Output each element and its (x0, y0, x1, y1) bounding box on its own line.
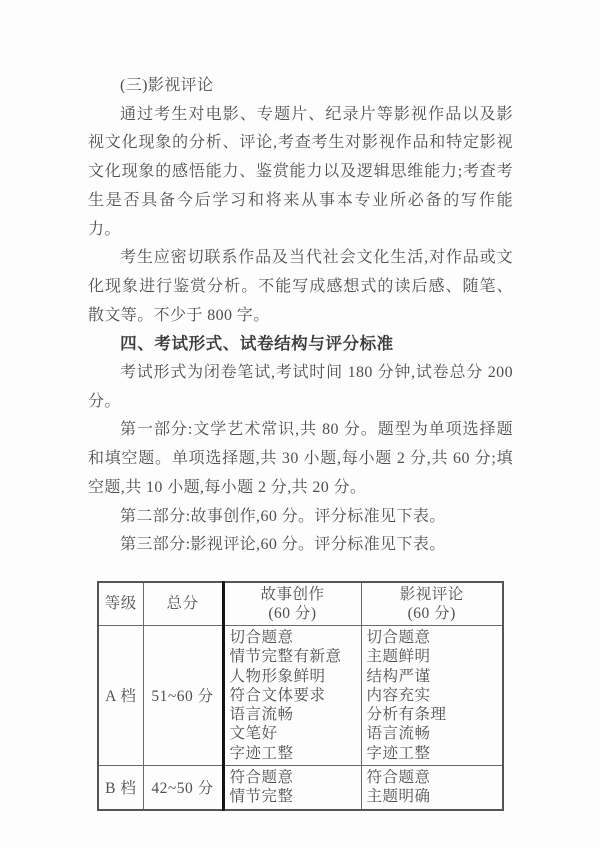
page-content: (三)影视评论 通过考生对电影、专题片、纪录片等影视作品以及影视文化现象的分析、… (88, 72, 513, 811)
grade-a-label: A 档 (98, 625, 143, 765)
column-header-total: 总分 (143, 582, 223, 626)
section4-heading: 四、考试形式、试卷结构与评分标准 (88, 330, 513, 359)
column-header-grade: 等级 (98, 582, 143, 626)
review-column-title: 影视评论 (362, 585, 503, 604)
table-row-grade-a: A 档 51~60 分 切合题意 情节完整有新意 人物形象鲜明 符合文体要求 语… (98, 625, 503, 765)
grade-b-review-criteria: 符合题意 主题明确 (361, 766, 503, 810)
table-header-row: 等级 总分 故事创作 (60 分) 影视评论 (60 分) (98, 582, 503, 626)
grade-b-label: B 档 (98, 766, 143, 810)
section4-paragraph-part3: 第三部分:影视评论,60 分。评分标准见下表。 (88, 531, 513, 560)
section3-paragraph-requirements: 考生应密切联系作品及当代社会文化生活,对作品或文化现象进行鉴赏分析。不能写成感想… (88, 244, 513, 330)
scoring-rubric-table: 等级 总分 故事创作 (60 分) 影视评论 (60 分) A 档 51~60 … (97, 581, 504, 811)
review-column-subtitle: (60 分) (362, 604, 503, 623)
section4-paragraph-part2: 第二部分:故事创作,60 分。评分标准见下表。 (88, 503, 513, 532)
grade-a-story-criteria: 切合题意 情节完整有新意 人物形象鲜明 符合文体要求 语言流畅 文笔好 字迹工整 (223, 625, 361, 765)
table-row-grade-b: B 档 42~50 分 符合题意 情节完整 符合题意 主题明确 (98, 766, 503, 810)
grade-b-score-range: 42~50 分 (143, 766, 223, 810)
story-column-subtitle: (60 分) (225, 604, 361, 623)
grade-a-score-range: 51~60 分 (143, 625, 223, 765)
column-header-review: 影视评论 (60 分) (361, 582, 503, 626)
document-page: (三)影视评论 通过考生对电影、专题片、纪录片等影视作品以及影视文化现象的分析、… (0, 0, 600, 848)
column-header-story: 故事创作 (60 分) (223, 582, 361, 626)
section3-heading: (三)影视评论 (88, 72, 513, 101)
grade-a-review-criteria: 切合题意 主题鲜明 结构严谨 内容充实 分析有条理 语言流畅 字迹工整 (361, 625, 503, 765)
section3-paragraph-overview: 通过考生对电影、专题片、纪录片等影视作品以及影视文化现象的分析、评论,考查考生对… (88, 101, 513, 245)
section4-paragraph-exam-form: 考试形式为闭卷笔试,考试时间 180 分钟,试卷总分 200 分。 (88, 359, 513, 416)
grade-b-story-criteria: 符合题意 情节完整 (223, 766, 361, 810)
section4-paragraph-part1: 第一部分:文学艺术常识,共 80 分。题型为单项选择题和填空题。单项选择题,共 … (88, 416, 513, 502)
story-column-title: 故事创作 (225, 585, 361, 604)
